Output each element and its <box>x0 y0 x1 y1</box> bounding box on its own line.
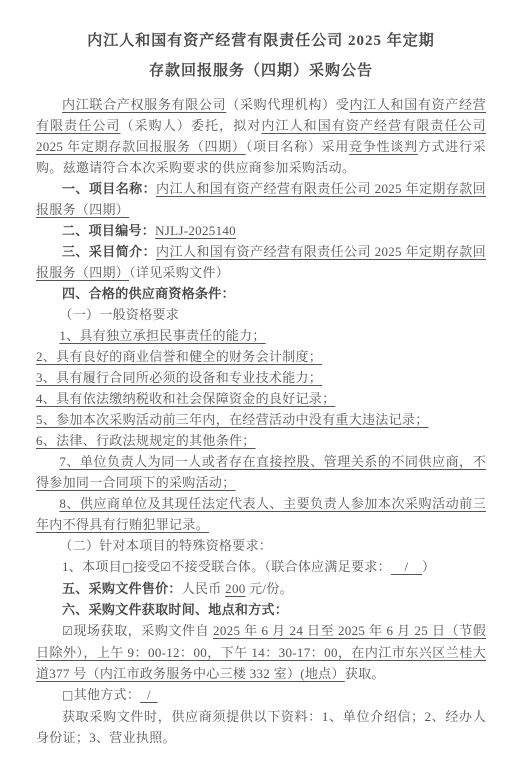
text-segment: 获取。 <box>345 666 385 681</box>
text-segment: 1、具有独立承担民事责任的能力； <box>59 328 265 343</box>
section-3-project-brief: 三、采目简介：内江人和国有资产经营有限责任公司 2025 年定期存款回报服务（四… <box>36 241 486 283</box>
section-6-document-acquisition-heading: 六、采购文件获取时间、地点和方式： <box>36 599 486 620</box>
text-segment: （采购代理机构）受 <box>226 97 349 112</box>
text-segment: 其他方式： <box>74 687 141 702</box>
special-qualification-subheading: （二）针对本项目的特殊资格要求： <box>36 535 486 556</box>
text-segment: （二）针对本项目的特殊资格要求： <box>59 538 272 553</box>
other-method-item: □其他方式： / <box>36 684 486 706</box>
text-segment: / <box>140 687 158 702</box>
text-segment: 一、项目名称： <box>62 181 156 196</box>
document-title-line-1: 内江人和国有资产经营有限责任公司 2025 年定期 <box>36 26 486 56</box>
text-segment: 内江人和国有资产经营有限责任公司 2025 年定期 <box>87 33 435 49</box>
checkbox-unchecked-icon: □ <box>122 560 134 574</box>
text-segment: 六、采购文件获取时间、地点和方式： <box>62 602 288 617</box>
text-segment: 人民币 <box>182 581 225 596</box>
text-segment: （一）一般资格要求 <box>59 307 179 322</box>
general-qualification-item-8: 8、供应商单位及其现任法定代表人、主要负责人参加本次采购活动前三年内不得具有行贿… <box>36 493 486 535</box>
text-segment: ） <box>422 559 435 574</box>
text-segment: 获取采购文件时，供应商须提供以下资料：1、单位介绍信；2、经办人身份证；3、营业… <box>36 709 486 745</box>
text-segment: 四、合格的供应商资格条件： <box>62 286 235 301</box>
text-segment: 1、本项目 <box>62 559 122 574</box>
general-qualification-item-4: 4、具有依法缴纳税收和社会保障资金的良好记录； <box>36 388 486 409</box>
text-segment: 现场获取，采购文件自 <box>73 623 213 638</box>
text-segment: 5、参加本次采购活动前三年内，在经营活动中没有重大违法记录； <box>36 412 429 427</box>
onsite-acquisition-item: ☑现场获取，采购文件自 2025 年 6 月 24 日至 2025 年 6 月 … <box>36 620 486 684</box>
text-segment: 三、采目简介： <box>62 244 156 259</box>
text-segment: 竞争性谈判 <box>349 139 418 154</box>
text-segment: 二、项目编号： <box>62 223 155 238</box>
general-qualification-item-1: 1、具有独立承担民事责任的能力； <box>36 325 486 346</box>
checkbox-checked-icon: ☑ <box>62 624 73 638</box>
general-qualification-subheading: （一）一般资格要求 <box>36 304 486 325</box>
general-qualification-item-6: 6、法律、行政法规规定的其他条件； <box>36 430 486 451</box>
text-segment: 存款回报服务（四期）采购公告 <box>149 63 373 79</box>
text-segment: （详见采购文件） <box>129 265 229 280</box>
section-1-project-name: 一、项目名称：内江人和国有资产经营有限责任公司 2025 年定期存款回报服务（四… <box>36 178 486 220</box>
text-segment: 内江联合产权服务有限公司 <box>62 97 226 112</box>
text-segment: / <box>391 559 422 574</box>
text-segment: 6、法律、行政法规规定的其他条件； <box>36 433 256 448</box>
consortium-item: 1、本项目□接受☑不接受联合体。（联合体应满足要求： / ） <box>36 556 486 578</box>
general-qualification-item-7: 7、单位负责人为同一人或者存在直接控股、管理关系的不同供应商，不得参加同一合同项… <box>36 451 486 493</box>
text-segment: NJLJ-2025140 <box>155 223 236 238</box>
general-qualification-item-3: 3、具有履行合同所必须的设备和专业技术能力； <box>36 367 486 388</box>
text-segment: 2、具有良好的商业信誉和健全的财务会计制度； <box>36 349 322 364</box>
general-qualification-item-2: 2、具有良好的商业信誉和健全的财务会计制度； <box>36 346 486 367</box>
text-segment: （采购人）委托，拟对 <box>121 118 262 133</box>
text-segment: 4、具有依法缴纳税收和社会保障资金的良好记录； <box>36 391 335 406</box>
general-qualification-item-5: 5、参加本次采购活动前三年内，在经营活动中没有重大违法记录； <box>36 409 486 430</box>
document-body: 内江人和国有资产经营有限责任公司 2025 年定期存款回报服务（四期）采购公告内… <box>36 26 486 748</box>
checkbox-unchecked-icon: □ <box>62 688 74 702</box>
text-segment: 五、采购文件售价： <box>62 581 182 596</box>
section-5-document-price: 五、采购文件售价：人民币 200 元/份。 <box>36 578 486 599</box>
section-4-qualification-heading: 四、合格的供应商资格条件： <box>36 283 486 304</box>
section-2-project-number: 二、项目编号：NJLJ-2025140 <box>36 220 486 241</box>
text-segment: 3、具有履行合同所必须的设备和专业技术能力； <box>36 370 322 385</box>
document-title-line-2: 存款回报服务（四期）采购公告 <box>36 56 486 86</box>
text-segment: 8、供应商单位及其现任法定代表人、主要负责人参加本次采购活动前三年内不得具有行贿… <box>36 496 486 532</box>
intro-paragraph: 内江联合产权服务有限公司（采购代理机构）受内江人和国有资产经营有限责任公司（采购… <box>36 94 486 178</box>
checkbox-checked-icon: ☑ <box>160 560 171 574</box>
text-segment: 200 <box>225 581 245 596</box>
text-segment: 接受 <box>134 559 161 574</box>
text-segment: 元/份。 <box>246 581 293 596</box>
procurement-announcement-document: 内江人和国有资产经营有限责任公司 2025 年定期存款回报服务（四期）采购公告内… <box>0 0 524 776</box>
text-segment: （项目名称）采用 <box>246 139 349 154</box>
required-materials-paragraph: 获取采购文件时，供应商须提供以下资料：1、单位介绍信；2、经办人身份证；3、营业… <box>36 706 486 748</box>
text-segment: 7、单位负责人为同一人或者存在直接控股、管理关系的不同供应商，不得参加同一合同项… <box>36 454 486 490</box>
text-segment: 不接受联合体。（联合体应满足要求： <box>171 559 391 574</box>
